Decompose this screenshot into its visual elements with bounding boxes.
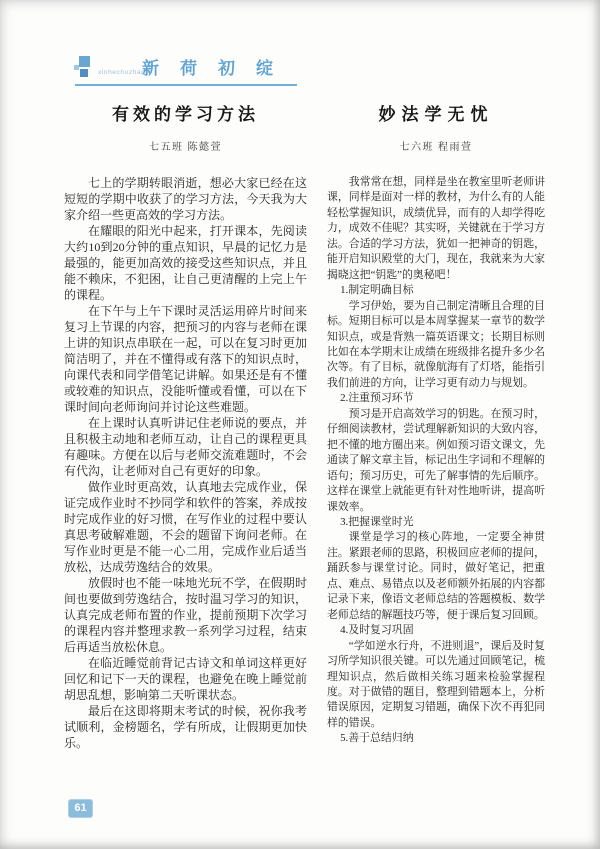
section-heading: 5.善于总结归纳 (327, 731, 545, 746)
header-brand: xinhechuzhan 新荷初绽 (68, 54, 308, 88)
section-paragraph: 预习是开启高效学习的钥匙。在预习时，仔细阅读教材，尝试理解新知识的大致内容，把不… (327, 407, 545, 515)
section-paragraph: 课堂是学习的核心阵地，一定要全神贯注。紧跟老师的思路，积极回应老师的提问，踊跃参… (327, 530, 545, 623)
section-paragraph: “学如逆水行舟，不进则退”，课后及时复习所学知识很关键。可以先通过回顾笔记，梳理… (327, 639, 545, 732)
paragraph: 我常常在想，同样是坐在教室里听老师讲课，同样是面对一样的教材，为什么有的人能轻松… (327, 175, 545, 283)
brand-name: 新荷初绽 (142, 54, 294, 79)
brand-square-large (79, 56, 90, 67)
article-left-title: 有效的学习方法 (64, 103, 307, 127)
section-heading: 4.及时复习巩固 (327, 623, 545, 638)
brand-squares-icon (74, 56, 94, 78)
brand-square-dark (80, 69, 88, 77)
paragraph: 七上的学期转眼消逝，想必大家已经在这短短的学期中收获了的学习方法，今天我为大家介… (64, 175, 307, 223)
article-right: 妙法学无忧 七六班 程雨萱 我常常在想，同样是坐在教室里听老师讲课，同样是面对一… (327, 103, 545, 747)
article-right-author: 七六班 程雨萱 (327, 138, 545, 153)
section-paragraph: 学习伊始，要为自己制定清晰且合理的目标。短期目标可以是本周掌握某一章节的数学知识… (327, 299, 545, 392)
magazine-page: xinhechuzhan 新荷初绽 有效的学习方法 七五班 陈懿萱 七上的学期转… (0, 0, 600, 849)
brand-pinyin: xinhechuzhan (98, 69, 145, 76)
article-left-author: 七五班 陈懿萱 (64, 138, 307, 153)
section-heading: 1.制定明确目标 (327, 283, 545, 298)
paragraph: 最后在这即将期末考试的时候，祝你我考试顺利，金榜题名，学有所成，让假期更加快乐。 (64, 703, 307, 751)
article-right-title: 妙法学无忧 (327, 103, 545, 127)
section-heading: 3.把握课堂时光 (327, 515, 545, 530)
brand-square-small (74, 65, 79, 70)
article-left: 有效的学习方法 七五班 陈懿萱 七上的学期转眼消逝，想必大家已经在这短短的学期中… (64, 103, 307, 751)
brand-underline (75, 84, 297, 86)
paragraph: 在上课时认真听讲记住老师说的要点，并且积极主动地和老师互动，让自己的课程更具有趣… (64, 415, 307, 479)
article-left-body: 七上的学期转眼消逝，想必大家已经在这短短的学期中收获了的学习方法，今天我为大家介… (64, 175, 307, 751)
paragraph: 做作业时更高效，认真地去完成作业，保证完成作业时不抄同学和软件的答案，养成按时完… (64, 479, 307, 575)
page-number-badge: 61 (68, 799, 93, 818)
paragraph: 在临近睡觉前背记古诗文和单词这样更好回忆和记下一天的课程，也避免在晚上睡觉前胡思… (64, 655, 307, 703)
paragraph: 放假时也不能一味地光玩不学，在假期时间也要做到劳逸结合，按时温习学习的知识，认真… (64, 575, 307, 655)
section-heading: 2.注重预习环节 (327, 391, 545, 406)
article-right-body: 我常常在想，同样是坐在教室里听老师讲课，同样是面对一样的教材，为什么有的人能轻松… (327, 175, 545, 747)
paragraph: 在耀眼的阳光中起来，打开课本，先阅读大约10到20分钟的重点知识，早晨的记忆力是… (64, 223, 307, 303)
paragraph: 在下午与上午下课时灵活运用碎片时间来复习上节课的内容，把预习的内容与老师在课上讲… (64, 303, 307, 415)
